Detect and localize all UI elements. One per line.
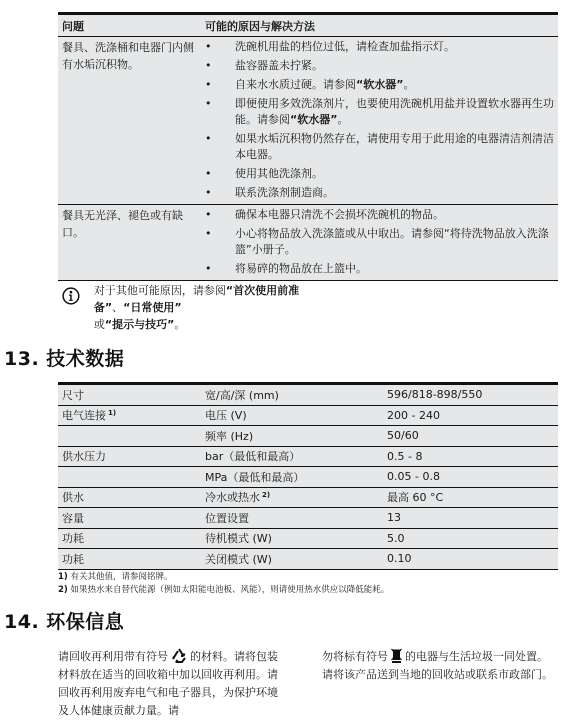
table-row: 频率 (Hz)50/60	[58, 426, 558, 447]
list-item: •使用其他洗涤剂。	[203, 166, 558, 182]
footnote-ref: 1)	[108, 409, 116, 417]
section-14-title: 14. 环保信息	[4, 607, 124, 634]
footnotes: 1) 有关其他值，请参阅铭牌。 2) 如果热水来自替代能源（例如太阳能电池板、风…	[58, 571, 389, 597]
crossed-bin-icon	[391, 648, 402, 663]
section-13-title: 13. 技术数据	[4, 344, 124, 371]
bullet-icon: •	[203, 166, 235, 182]
table-row: 餐具、洗涤桶和电器门内侧有水垢沉积物。 •洗碗机用盐的档位过低，请检查加盐指示灯…	[58, 37, 558, 205]
table-row: 容量位置设置13	[58, 508, 558, 529]
recycle-icon	[171, 648, 187, 663]
list-item: •小心将物品放入洗涤篮或从中取出。请参阅“将待洗物品放入洗涤篮”小册子。	[203, 226, 558, 258]
table-header: 问题 可能的原因与解决方法	[58, 15, 558, 37]
reference-link: “软水器”	[290, 113, 337, 126]
bullet-icon: •	[203, 185, 235, 201]
reference-daily-use: “日常使用”	[123, 301, 181, 314]
bullet-icon: •	[203, 39, 235, 55]
list-item: •确保本电器只清洗不会损坏洗碗机的物品。	[203, 207, 558, 223]
reference-tips: “提示与技巧”	[105, 318, 174, 331]
list-item: •将易碎的物品放在上篮中。	[203, 261, 558, 277]
footnote-ref: 2)	[262, 491, 270, 499]
table-row: 供水冷水或热水2)最高 60 °C	[58, 488, 558, 509]
bullet-icon: •	[203, 77, 235, 93]
table-row: 供水压力bar（最低和最高）0.5 - 8	[58, 447, 558, 468]
table-row: 尺寸宽/高/深 (mm)596/818-898/550	[58, 385, 558, 406]
list-item: •如果水垢沉积物仍然存在，请使用专用于此用途的电器清洁剂清洁本电器。	[203, 131, 558, 163]
bullet-icon: •	[203, 226, 235, 258]
info-note: 对于其他可能原因，请参阅“首次使用前准备”、“日常使用”或“提示与技巧”。	[62, 282, 312, 333]
list-item: •即便使用多效洗涤剂片，也要使用洗碗机用盐并设置软水器再生功能。请参阅“软水器”…	[203, 96, 558, 128]
bullet-icon: •	[203, 207, 235, 223]
header-problem: 问题	[58, 18, 203, 34]
footnote-1: 1) 有关其他值，请参阅铭牌。	[58, 571, 389, 584]
bullet-icon: •	[203, 131, 235, 163]
problem-cell: 餐具无光泽、褪色或有缺口。	[58, 207, 203, 277]
env-text-col2: 勿将标有符号的电器与生活垃圾一同处置。请将该产品送到当地的回收站或联系市政部门。	[322, 648, 558, 684]
list-item: •盐容器盖未拧紧。	[203, 58, 558, 74]
problem-cell: 餐具、洗涤桶和电器门内侧有水垢沉积物。	[58, 39, 203, 201]
table-row: MPa（最低和最高）0.05 - 0.8	[58, 467, 558, 488]
solution-list: •洗碗机用盐的档位过低，请检查加盐指示灯。 •盐容器盖未拧紧。 •自来水水质过硬…	[203, 39, 558, 201]
troubleshooting-table: 问题 可能的原因与解决方法 餐具、洗涤桶和电器门内侧有水垢沉积物。 •洗碗机用盐…	[58, 12, 558, 281]
header-solution: 可能的原因与解决方法	[203, 18, 558, 34]
solution-list: •确保本电器只清洗不会损坏洗碗机的物品。 •小心将物品放入洗涤篮或从中取出。请参…	[203, 207, 558, 277]
list-item: •联系洗涤剂制造商。	[203, 185, 558, 201]
table-row: 功耗关闭模式 (W)0.10	[58, 549, 558, 570]
bullet-icon: •	[203, 96, 235, 128]
env-text-col1: 请回收再利用带有符号的材料。请将包装材料放在适当的回收箱中加以回收再利用。请回收…	[58, 648, 288, 720]
spec-table: 尺寸宽/高/深 (mm)596/818-898/550 电气连接1)电压 (V)…	[58, 382, 558, 570]
table-row: 功耗待机模式 (W)5.0	[58, 529, 558, 550]
info-icon	[62, 284, 80, 308]
reference-link: “软水器”	[356, 78, 403, 91]
bullet-icon: •	[203, 261, 235, 277]
table-row: 电气连接1)电压 (V)200 - 240	[58, 406, 558, 427]
bullet-icon: •	[203, 58, 235, 74]
table-row: 餐具无光泽、褪色或有缺口。 •确保本电器只清洗不会损坏洗碗机的物品。 •小心将物…	[58, 205, 558, 281]
footnote-2: 2) 如果热水来自替代能源（例如太阳能电池板、风能），则请使用热水供应以降低能耗…	[58, 584, 389, 597]
list-item: •自来水水质过硬。请参阅“软水器”。	[203, 77, 558, 93]
note-text: 对于其他可能原因，请参阅“首次使用前准备”、“日常使用”或“提示与技巧”。	[94, 282, 312, 333]
list-item: •洗碗机用盐的档位过低，请检查加盐指示灯。	[203, 39, 558, 55]
